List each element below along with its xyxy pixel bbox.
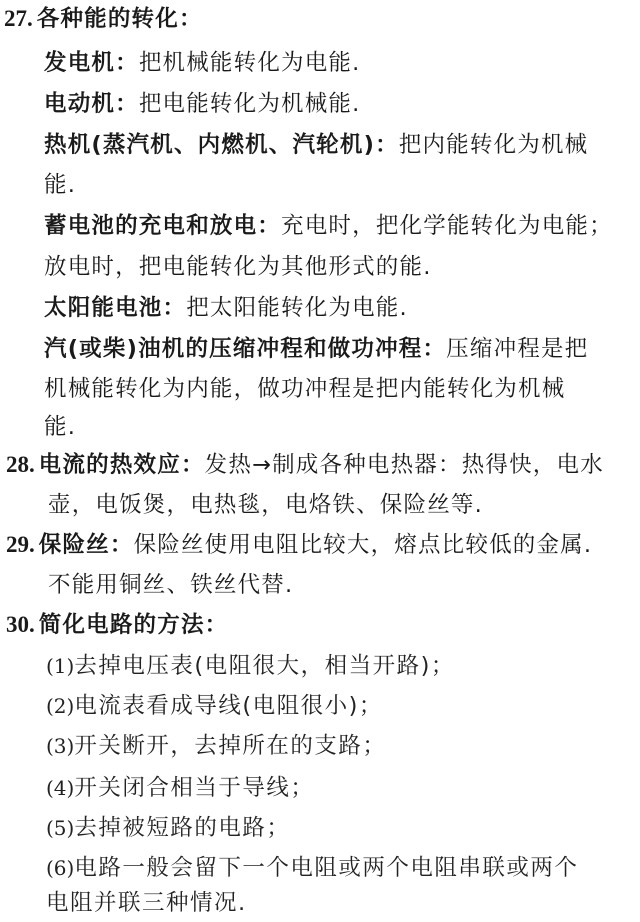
item-text: 压缩冲程是把 (446, 336, 588, 362)
section-continuation: 壶，电饭煲，电热毯，电烙铁、保险丝等. (48, 490, 483, 520)
step-label: (5) (46, 816, 74, 840)
item-head: 电动机： (44, 91, 139, 117)
list-item: 汽(或柴)油机的压缩冲程和做功冲程：压缩冲程是把 (44, 334, 588, 364)
section-title: 各种能的转化： (37, 6, 203, 32)
step-item: (4)开关闭合相当于导线； (46, 773, 314, 803)
section-continuation: 不能用铜丝、铁丝代替. (48, 570, 293, 600)
step-item: (3)开关断开，去掉所在的支路； (46, 731, 386, 761)
step-label: (6) (46, 856, 74, 880)
item-head: 热机(蒸汽机、内燃机、汽轮机)： (44, 132, 399, 158)
section-text: 发热→制成各种电热器：热得快，电水 (205, 452, 604, 478)
item-text: 把内能转化为机械 (399, 132, 589, 158)
section-27-heading: 27.各种能的转化： (4, 4, 203, 34)
section-30-heading: 30.简化电路的方法： (6, 610, 228, 640)
item-text: 把机械能转化为电能. (139, 50, 361, 76)
step-item: (5)去掉被短路的电路； (46, 813, 290, 843)
item-continuation: 能. (44, 412, 76, 442)
step-continuation: 电阻并联三种情况. (46, 888, 247, 918)
section-number: 30. (6, 612, 35, 637)
item-text: 把电能转化为机械能. (139, 91, 361, 117)
step-item: (2)电流表看成导线(电阻很小)； (46, 691, 383, 721)
step-label: (3) (46, 734, 74, 758)
step-text: 去掉被短路的电路； (74, 815, 290, 841)
step-text: 开关断开，去掉所在的支路； (74, 733, 386, 759)
step-item: (6)电路一般会留下一个电阻或两个电阻串联或两个 (46, 853, 578, 883)
section-number: 28. (6, 452, 35, 477)
item-continuation: 放电时，把电能转化为其他形式的能. (44, 252, 432, 282)
section-title: 保险丝： (39, 532, 134, 558)
list-item: 太阳能电池：把太阳能转化为电能. (44, 293, 408, 323)
list-item: 电动机：把电能转化为机械能. (44, 89, 360, 119)
item-head: 太阳能电池： (44, 295, 186, 321)
section-28-heading: 28.电流的热效应：发热→制成各种电热器：热得快，电水 (6, 450, 604, 480)
section-number: 29. (6, 532, 35, 557)
item-text: 把太阳能转化为电能. (186, 295, 408, 321)
section-title: 电流的热效应： (39, 452, 205, 478)
list-item: 蓄电池的充电和放电：充电时，把化学能转化为电能； (44, 211, 613, 241)
section-text: 保险丝使用电阻比较大，熔点比较低的金属. (134, 532, 593, 558)
list-item: 热机(蒸汽机、内燃机、汽轮机)：把内能转化为机械 (44, 130, 588, 160)
section-title: 简化电路的方法： (39, 612, 229, 638)
step-label: (4) (46, 776, 74, 800)
item-continuation: 能. (44, 170, 76, 200)
item-continuation: 机械能转化为内能，做功冲程是把内能转化为机械 (44, 374, 565, 404)
step-text: 电流表看成导线(电阻很小)； (74, 693, 383, 719)
section-29-heading: 29.保险丝：保险丝使用电阻比较大，熔点比较低的金属. (6, 530, 592, 560)
item-head: 汽(或柴)油机的压缩冲程和做功冲程： (44, 336, 446, 362)
step-text: 电路一般会留下一个电阻或两个电阻串联或两个 (74, 855, 578, 881)
item-text: 充电时，把化学能转化为电能； (281, 213, 613, 239)
step-label: (1) (46, 654, 74, 678)
list-item: 发电机：把机械能转化为电能. (44, 48, 360, 78)
step-label: (2) (46, 694, 74, 718)
item-head: 蓄电池的充电和放电： (44, 213, 281, 239)
step-item: (1)去掉电压表(电阻很大，相当开路)； (46, 651, 455, 681)
item-head: 发电机： (44, 50, 139, 76)
section-number: 27. (4, 6, 33, 31)
step-text: 去掉电压表(电阻很大，相当开路)； (74, 653, 455, 679)
step-text: 开关闭合相当于导线； (74, 775, 314, 801)
